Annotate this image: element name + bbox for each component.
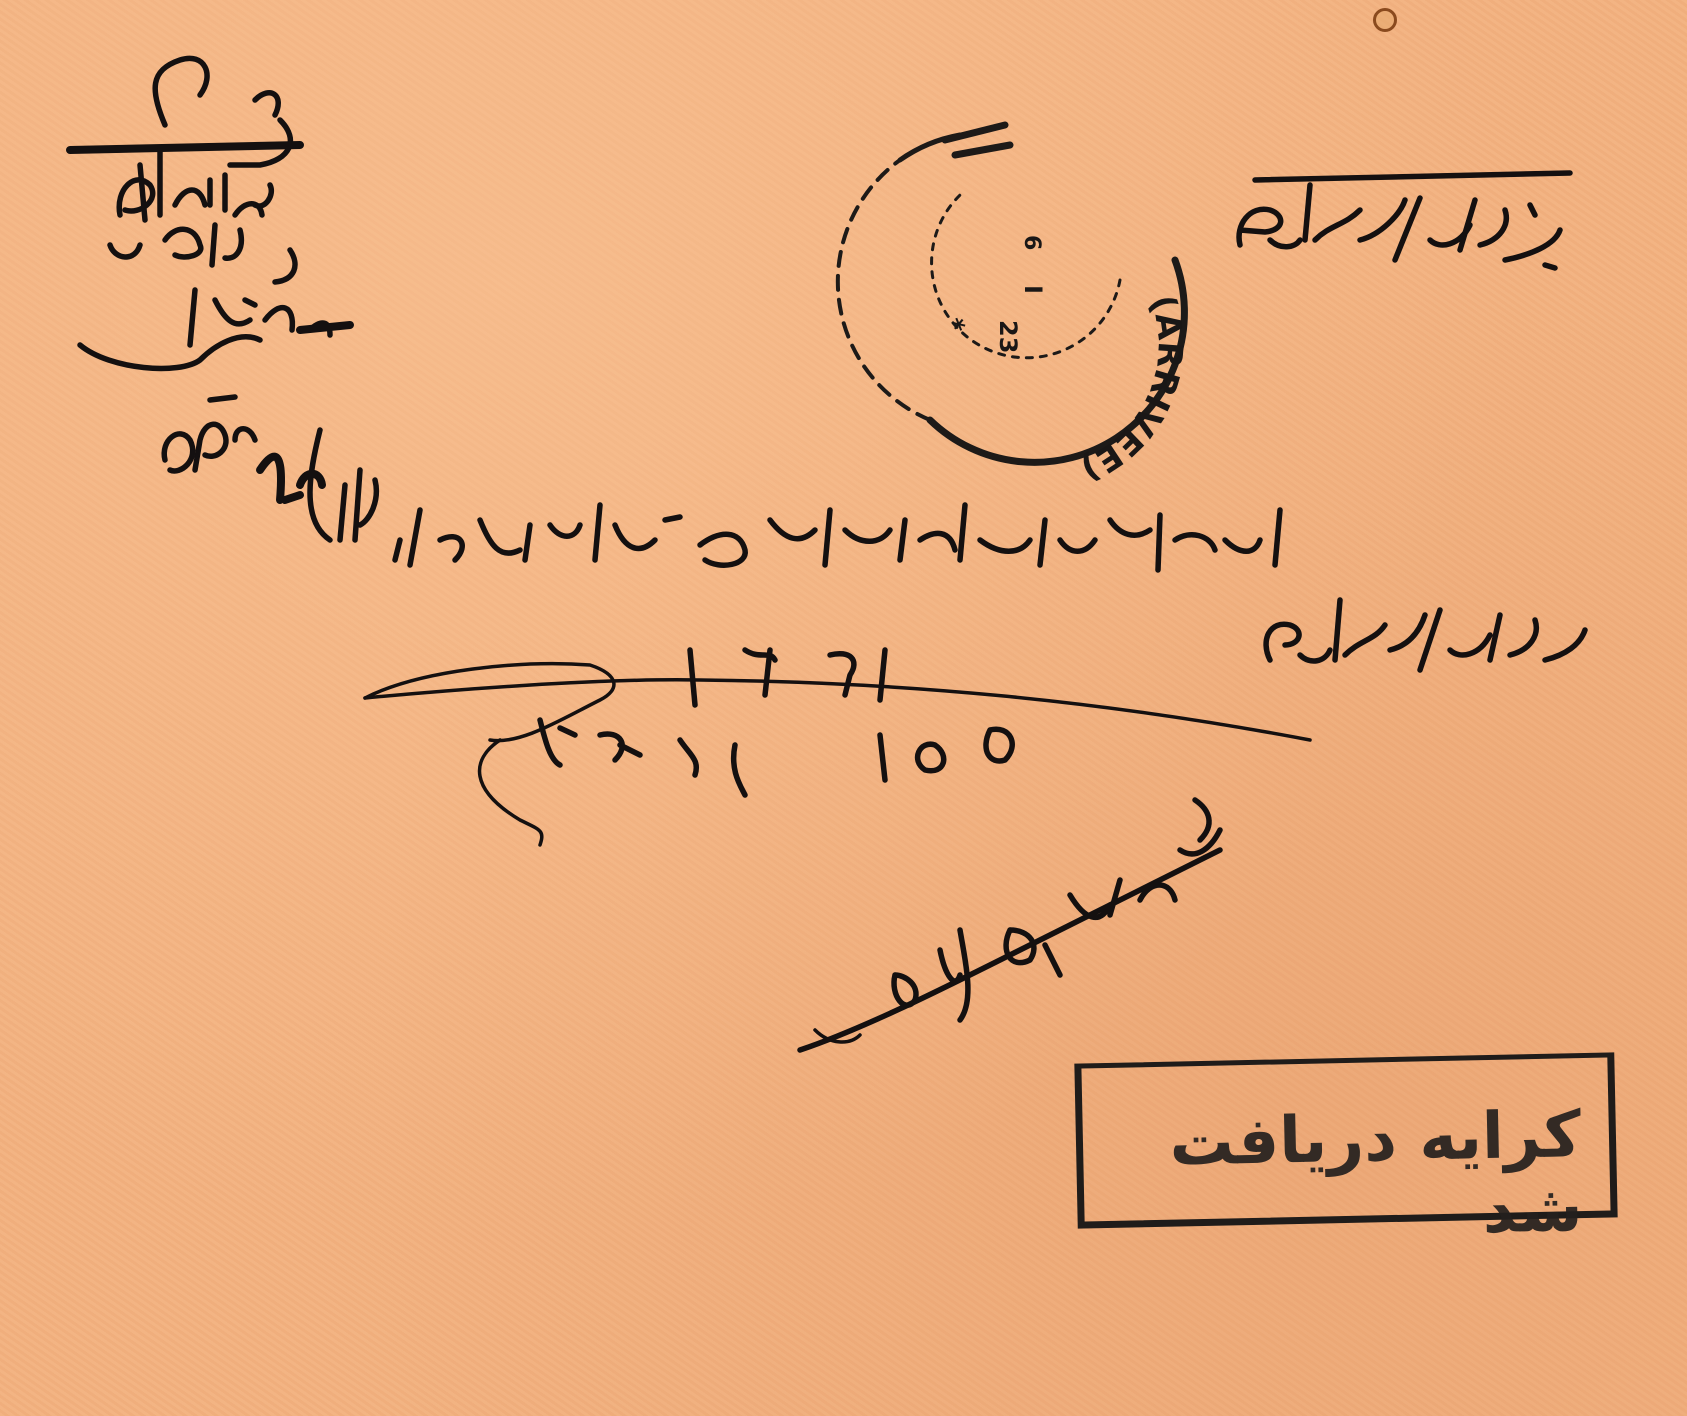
address-line-1-text: محمد صادق — [160, 420, 439, 485]
postmark-year: 23 — [994, 320, 1022, 353]
numbers-block — [365, 650, 1310, 845]
sender-line-3: تاجر یزدی — [90, 280, 255, 326]
number-a: ۱۶۵ — [880, 725, 970, 790]
sender-line-2: سالم الله الهی — [110, 170, 353, 216]
envelope: 6 I 23 * (ARRIVEE) کرایه دریافت شد شرف س… — [0, 0, 1687, 1416]
address-line-3-text: یزد سرای خواجه — [1260, 600, 1606, 658]
cachet-text: کرایه دریافت شد — [1082, 1098, 1583, 1256]
postmark-label: (ARRIVEE) — [1075, 290, 1190, 489]
postmark-star: * — [941, 312, 971, 344]
number-b: ۲۳۴۸ — [530, 725, 650, 790]
destination-header-text: یزد سرای خواجه — [1250, 195, 1583, 251]
struck-year: ۱۳۴۱ — [680, 640, 800, 705]
postmark-month: I — [1019, 285, 1047, 294]
address-line-2-text: حضور مبارک جناب مستطاب محمد قاسم جیب وال… — [400, 500, 1557, 556]
postmark-day: 6 — [1019, 235, 1044, 250]
postmark: 6 I 23 * (ARRIVEE) — [838, 125, 1190, 489]
sender-line-1: شرف — [110, 70, 207, 116]
lower-note-text: سرای شاه علی محمد صادق — [820, 880, 1434, 940]
fee-paid-cachet: کرایه دریافت شد — [1074, 1052, 1617, 1228]
